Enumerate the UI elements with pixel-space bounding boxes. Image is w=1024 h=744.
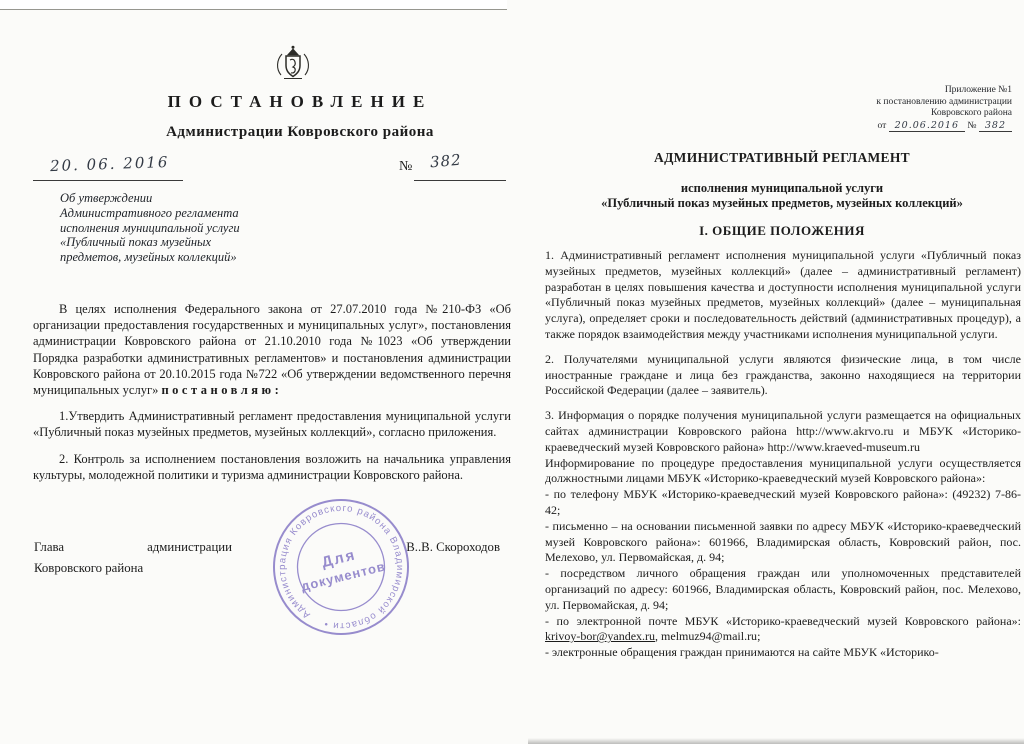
number-line [414,180,506,181]
appendix-reference: Приложение №1 к постановлению администра… [742,85,1012,132]
date-handwritten: 20. 06. 2016 [50,153,170,175]
subject-line: исполнения муниципальной услуги [60,221,285,236]
resolution-title: ПОСТАНОВЛЕНИЕ [90,92,510,112]
subject-line: Об утверждении [60,191,285,206]
resolution-subject: Об утверждении Административного регламе… [60,191,285,265]
website-url: http://www.kraeved-museum.ru [767,440,920,454]
subject-line: предметов, музейных коллекций» [60,250,285,265]
resolve-word: постановляю: [161,383,282,397]
signature-post-word: Глава [34,540,64,555]
regulation-subtitle-1: исполнения муниципальной услуги [540,181,1024,196]
scan-bottom-shadow [528,738,1024,744]
bullet-personal: - посредством личного обращения граждан … [545,566,1021,613]
resolution-preamble: В целях исполнения Федерального закона о… [33,301,511,398]
date-line [33,180,183,181]
email-link: melmuz94@mail.ru [661,629,757,643]
bullet-email: - по электронной почте МБУК «Историко-кр… [545,614,1021,646]
regulation-paragraph-1: 1. Административный регламент исполнения… [545,248,1021,343]
scanned-document: ПОСТАНОВЛЕНИЕ Администрации Ковровского … [0,0,1024,744]
regulation-title: АДМИНИСТРАТИВНЫЙ РЕГЛАМЕНТ [540,150,1024,166]
section-heading: I. ОБЩИЕ ПОЛОЖЕНИЯ [540,223,1024,239]
subject-line: «Публичный показ музейных [60,235,285,250]
regulation-paragraph-2: 2. Получателями муниципальной услуги явл… [545,352,1021,399]
appendix-number-handwritten: 382 [979,120,1012,132]
signature-post-word: администрации [147,540,232,555]
coat-of-arms-icon [271,44,315,84]
appendix-date-handwritten: 20.06.2016 [889,120,965,132]
page-top-edge [0,0,507,10]
appendix-number-label: № [967,121,976,131]
signature-post: Глава администрации [34,540,232,555]
website-url: http://www.akrvo.ru [796,424,893,438]
number-label: № [399,159,412,175]
regulation-body: 1. Административный регламент исполнения… [545,248,1021,661]
email-link: krivoy-bor@yandex.ru [545,629,655,643]
paragraph-text: - по электронной почте МБУК «Историко-кр… [545,614,1021,628]
regulation-subtitle-2: «Публичный показ музейных предметов, муз… [540,196,1024,211]
subject-line: Административного регламента [60,206,285,221]
appendix-line: Приложение №1 [742,85,1012,97]
signature-name: В..В. Скороходов [406,540,500,555]
paragraph-text: ; [757,629,760,643]
bullet-written: - письменно – на основании письменной за… [545,519,1021,566]
appendix-line: от 20.06.2016 № 382 [742,120,1012,133]
svg-text:Администрация Ковровского райо: Администрация Ковровского района Владими… [270,496,412,638]
resolution-item-2: 2. Контроль за исполнением постановления… [33,451,511,483]
bullet-electronic: - электронные обращения граждан принимаю… [545,645,1021,661]
appendix-line: к постановлению администрации [742,97,1012,109]
regulation-info: Информирование по процедуре предоставлен… [545,456,1021,488]
appendix-from-label: от [877,121,886,131]
resolution-body: В целях исполнения Федерального закона о… [33,301,511,483]
number-handwritten: 382 [429,151,462,172]
stamp-ring-text: Администрация Ковровского района Владими… [270,496,412,638]
round-stamp-icon: Администрация Ковровского района Владими… [270,496,412,638]
bullet-phone: - по телефону МБУК «Историко-краеведческ… [545,487,1021,519]
resolution-item-1: 1.Утвердить Административный регламент п… [33,408,511,440]
regulation-paragraph-3: 3. Информация о порядке получения муници… [545,408,1021,455]
appendix-line: Ковровского района [742,108,1012,120]
resolution-org-subtitle: Администрации Ковровского района [90,124,510,141]
